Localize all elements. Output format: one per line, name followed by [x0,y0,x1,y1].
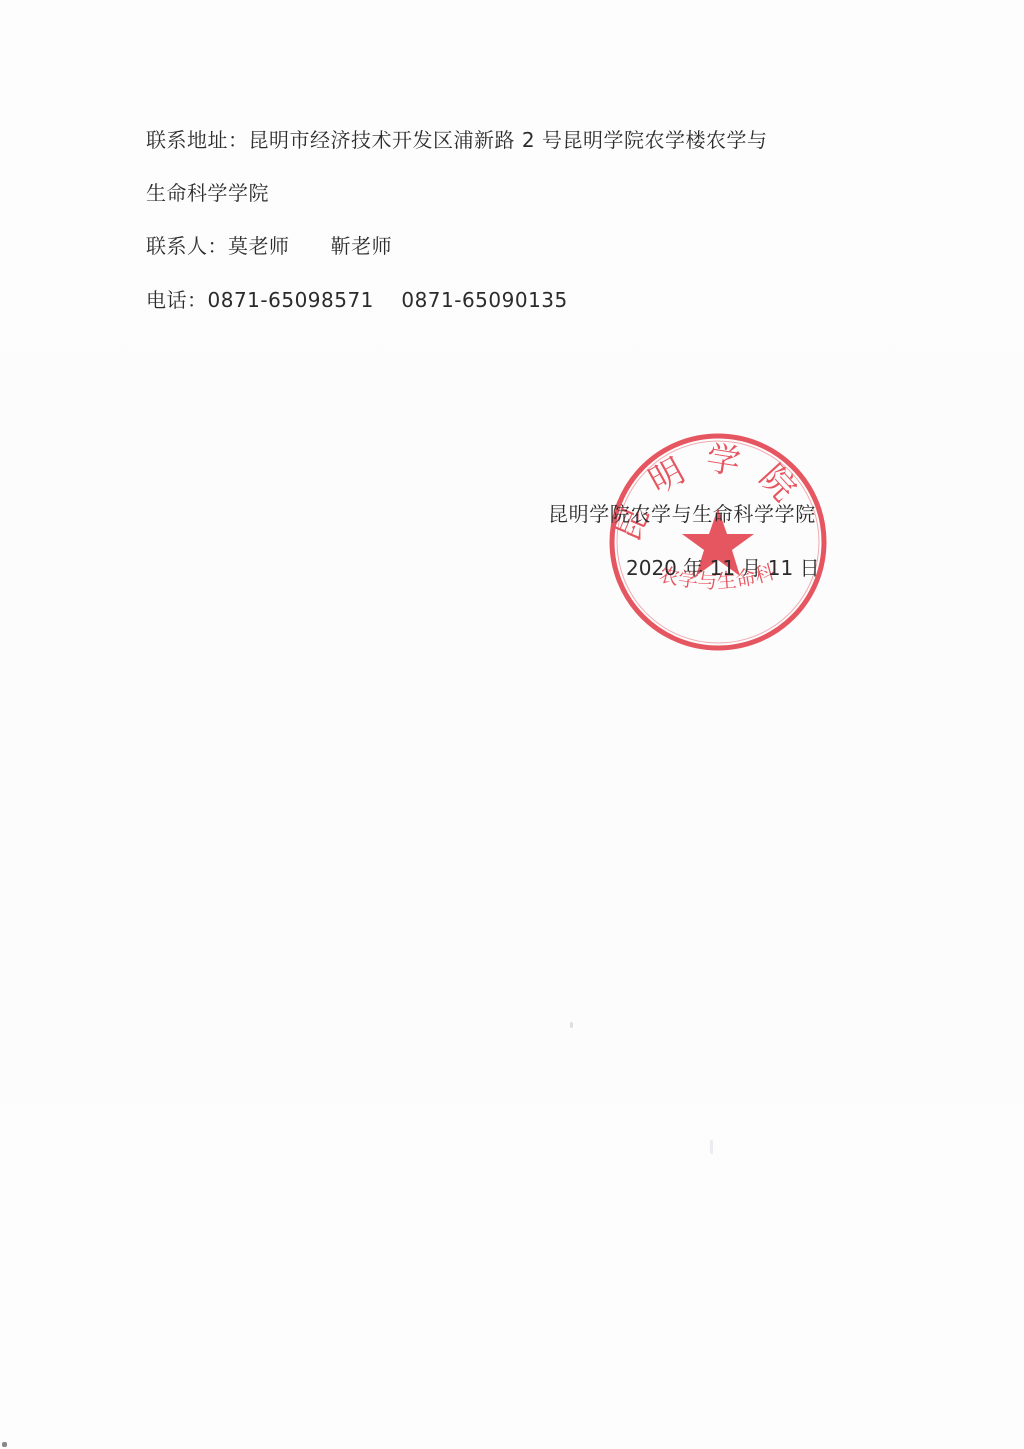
address-line-1: 联系地址：昆明市经济技术开发区浦新路 2 号昆明学院农学楼农学与 [146,128,767,152]
scan-speck [710,1140,713,1154]
contact-persons: 联系人：莫老师 靳老师 [146,234,392,258]
address-line-2: 生命科学学院 [146,181,269,205]
scan-speck [2,1442,7,1447]
signature-organization: 昆明学院农学与生命科学学院 [548,502,816,526]
scan-speck [570,1022,573,1028]
scanned-page: 联系地址：昆明市经济技术开发区浦新路 2 号昆明学院农学楼农学与 生命科学学院 … [0,0,1024,1449]
phone-numbers: 电话：0871-65098571 0871-65090135 [146,288,568,312]
official-seal: 昆明学院 农学与生命科学学院 [606,430,830,654]
signature-date: 2020 年 11 月 11 日 [626,556,820,580]
